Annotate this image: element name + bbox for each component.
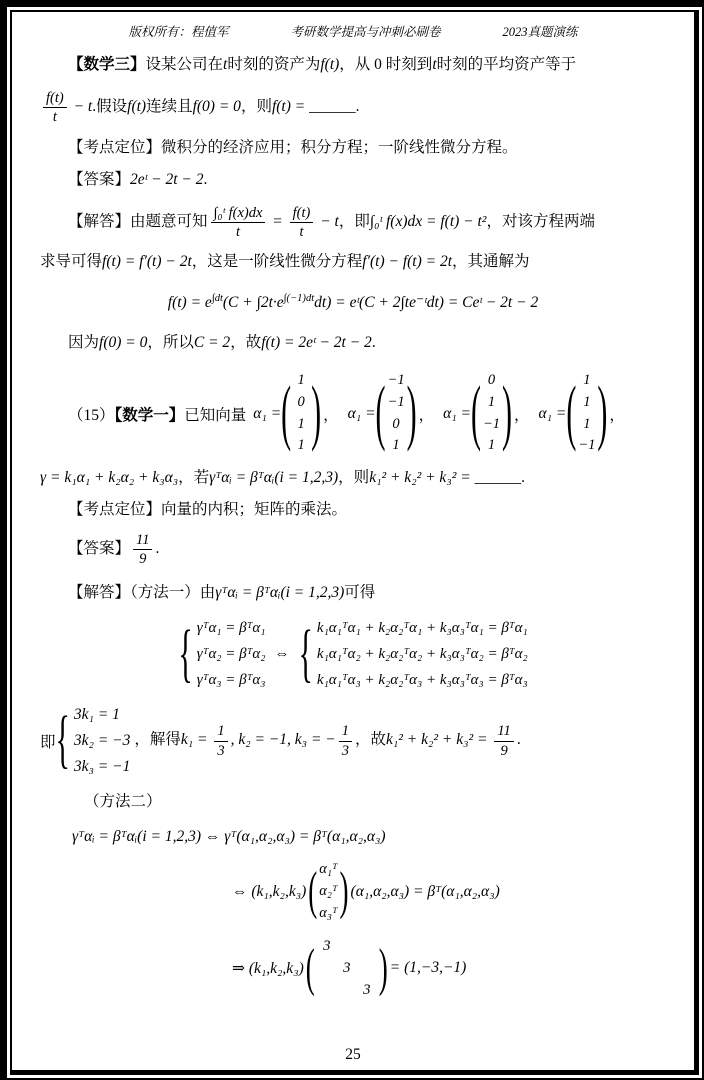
math3-solution-line1: 【解答】由题意可知∫₀ᵗ f(x)dxt = f(t)t − t，即∫₀ᵗ f(… bbox=[40, 204, 666, 241]
header-copyright: 版权所有：程值军 bbox=[128, 22, 228, 40]
matrix-cell: 3 bbox=[323, 938, 331, 955]
system-left-rows: γᵀα₁ = βᵀα₁ γᵀα₂ = βᵀα₂ γᵀα₃ = βᵀα₃ bbox=[197, 616, 266, 693]
header-edition: 2023真题演练 bbox=[503, 22, 578, 40]
ji-system-row: 3k₁ = 1 bbox=[74, 702, 130, 728]
problem15-keypoints: 【考点定位】向量的内积；矩阵的乘法。 bbox=[40, 498, 666, 521]
right-paren: ) bbox=[379, 938, 388, 998]
ji-system-row: 3k₃ = −1 bbox=[74, 754, 130, 780]
matrix-cell: 3 bbox=[363, 982, 371, 999]
vector1-entry: 1 bbox=[298, 370, 305, 392]
method2-line2: ⇔ (k₁,k₂,k₃) ( α₁ᵀ α₂ᵀ α₃ᵀ ) (α₁,α₂,α₃) … bbox=[40, 859, 666, 924]
vector3-entry: −1 bbox=[483, 414, 500, 436]
system-right-row: k₁α₁ᵀα₃ + k₂α₂ᵀα₃ + k₃α₃ᵀα₃ = βᵀα₃ bbox=[317, 668, 528, 694]
system-left-row: γᵀα₃ = βᵀα₃ bbox=[197, 668, 266, 694]
vector1-label: α₁ = bbox=[253, 405, 281, 423]
left-brace: { bbox=[299, 618, 313, 691]
problem15-vectors-line: （15）【数学一】已知向量 α₁ = ( 1 0 1 1 ) ， α₁ = ( … bbox=[40, 370, 666, 457]
iff-symbol: ⇔ bbox=[275, 646, 290, 663]
alpha-transpose-row: α₃ᵀ bbox=[319, 903, 337, 925]
method2-line2-prefix: ⇔ (k₁,k₂,k₃) bbox=[232, 883, 306, 901]
vector-separator: ， bbox=[419, 403, 435, 425]
vector4-entry: −1 bbox=[578, 435, 595, 457]
right-paren: ) bbox=[597, 372, 607, 455]
right-paren: ) bbox=[407, 372, 417, 455]
vector4-entry: 1 bbox=[583, 392, 590, 414]
alpha-transpose-column: ( α₁ᵀ α₂ᵀ α₃ᵀ ) bbox=[308, 859, 348, 924]
diagonal-matrix: ( 3 3 3 ) bbox=[306, 935, 388, 1001]
vector3-label: α₁ = bbox=[443, 405, 471, 423]
vector-separator: ， bbox=[609, 403, 625, 425]
right-paren: ) bbox=[311, 372, 321, 455]
math3-general-solution-equation: f(t) = e∫dt(C + ∫2t·e∫(−1)dtdt) = eᵗ(C +… bbox=[40, 291, 666, 314]
math3-statement-line2: f(t)t − t.假设f(t)连续且f(0) = 0，则f(t) = ____… bbox=[40, 89, 666, 126]
ji-suffix: ，解得k₁ = 13, k₂ = −1, k₃ = −13，故k₁² + k₂²… bbox=[134, 722, 520, 759]
method1-equation-systems: { γᵀα₁ = βᵀα₁ γᵀα₂ = βᵀα₂ γᵀα₃ = βᵀα₃ ⇔ … bbox=[40, 616, 666, 693]
method2-line1: γᵀαᵢ = βᵀαᵢ(i = 1,2,3) ⇔ γᵀ(α₁,α₂,α₃) = … bbox=[40, 825, 666, 848]
problem15-answer: 【答案】119. bbox=[40, 531, 666, 568]
vector2-entry: −1 bbox=[388, 392, 405, 414]
math3-answer: 【答案】2eᵗ − 2t − 2. bbox=[40, 168, 666, 191]
vector3-entry: 0 bbox=[488, 370, 495, 392]
vector2-entry: −1 bbox=[388, 370, 405, 392]
method2-line3-suffix: = (1,−3,−1) bbox=[390, 959, 467, 977]
method2-line3: ⇒ (k₁,k₂,k₃) ( 3 3 3 ) = (1,−3,−1) bbox=[40, 935, 666, 1001]
page-number: 25 bbox=[12, 1046, 694, 1064]
alpha-transpose-row: α₁ᵀ bbox=[319, 859, 337, 881]
ji-system-rows: 3k₁ = 1 3k₂ = −3 3k₃ = −1 bbox=[74, 702, 130, 781]
method2-line3-prefix: ⇒ (k₁,k₂,k₃) bbox=[232, 959, 304, 978]
system-left-row: γᵀα₁ = βᵀα₁ bbox=[197, 616, 266, 642]
ji-prefix: 即 bbox=[40, 730, 56, 752]
vector2: ( −1 −1 0 1 ) bbox=[376, 370, 417, 457]
left-paren: ( bbox=[308, 861, 317, 921]
vector2-label: α₁ = bbox=[348, 405, 376, 423]
method2-label: （方法二） bbox=[40, 790, 666, 813]
vector3-entry: 1 bbox=[488, 435, 495, 457]
vector-separator: ， bbox=[514, 403, 530, 425]
system-left-row: γᵀα₂ = βᵀα₂ bbox=[197, 642, 266, 668]
page-frame: 版权所有：程值军 考研数学提高与冲刺必刷卷 2023真题演练 【数学三】设某公司… bbox=[0, 0, 704, 1080]
vector4: ( 1 1 1 −1 ) bbox=[566, 370, 607, 457]
matrix-cell: 3 bbox=[343, 960, 351, 977]
right-paren: ) bbox=[502, 372, 512, 455]
vector4-entry: 1 bbox=[583, 414, 590, 436]
right-paren: ) bbox=[340, 861, 349, 921]
vector4-entry: 1 bbox=[583, 370, 590, 392]
page-header: 版权所有：程值军 考研数学提高与冲刺必刷卷 2023真题演练 bbox=[40, 22, 666, 40]
header-series-title: 考研数学提高与冲刺必刷卷 bbox=[290, 22, 440, 40]
math3-solution-line2: 求导可得f(t) = f′(t) − 2t，这是一阶线性微分方程f′(t) − … bbox=[40, 250, 666, 273]
ji-system-row: 3k₂ = −3 bbox=[74, 728, 130, 754]
vector1-entry: 1 bbox=[298, 435, 305, 457]
problem15-condition-line: γ = k₁α₁ + k₂α₂ + k₃α₃，若γᵀαᵢ = βᵀαᵢ(i = … bbox=[40, 466, 666, 489]
system-right-rows: k₁α₁ᵀα₁ + k₂α₂ᵀα₁ + k₃α₃ᵀα₁ = βᵀα₁ k₁α₁ᵀ… bbox=[317, 616, 528, 693]
left-paren: ( bbox=[566, 372, 576, 455]
left-paren: ( bbox=[306, 938, 315, 998]
method2-line2-suffix: (α₁,α₂,α₃) = βᵀ(α₁,α₂,α₃) bbox=[351, 883, 500, 901]
ji-solve-line: 即 { 3k₁ = 1 3k₂ = −3 3k₃ = −1 ，解得k₁ = 13… bbox=[40, 702, 666, 781]
math3-keypoints: 【考点定位】微积分的经济应用；积分方程；一阶线性微分方程。 bbox=[40, 136, 666, 159]
alpha-transpose-row: α₂ᵀ bbox=[319, 881, 337, 903]
vector1-entry: 1 bbox=[298, 414, 305, 436]
left-paren: ( bbox=[471, 372, 481, 455]
page-inner-frame: 版权所有：程值军 考研数学提高与冲刺必刷卷 2023真题演练 【数学三】设某公司… bbox=[10, 10, 699, 1075]
left-paren: ( bbox=[376, 372, 386, 455]
problem15-intro: （15）【数学一】已知向量 bbox=[68, 403, 246, 425]
vector-separator: ， bbox=[323, 403, 339, 425]
math3-statement-line1: 【数学三】设某公司在t时刻的资产为f(t)，从 0 时刻到t时刻的平均资产等于 bbox=[40, 53, 666, 76]
vector1-entry: 0 bbox=[298, 392, 305, 414]
vector2-entry: 1 bbox=[392, 435, 399, 457]
vector1: ( 1 0 1 1 ) bbox=[281, 370, 321, 457]
vector3: ( 0 1 −1 1 ) bbox=[471, 370, 512, 457]
vector4-label: α₁ = bbox=[539, 405, 567, 423]
vector2-entry: 0 bbox=[392, 414, 399, 436]
problem15-solution-intro: 【解答】（方法一）由γᵀαᵢ = βᵀαᵢ(i = 1,2,3)可得 bbox=[40, 581, 666, 604]
left-brace: { bbox=[178, 618, 192, 691]
left-paren: ( bbox=[281, 372, 291, 455]
system-right-row: k₁α₁ᵀα₁ + k₂α₂ᵀα₁ + k₃α₃ᵀα₁ = βᵀα₁ bbox=[317, 616, 528, 642]
math3-conclusion: 因为f(0) = 0，所以C = 2，故f(t) = 2eᵗ − 2t − 2. bbox=[40, 331, 666, 354]
vector3-entry: 1 bbox=[488, 392, 495, 414]
system-right-row: k₁α₁ᵀα₂ + k₂α₂ᵀα₂ + k₃α₃ᵀα₂ = βᵀα₂ bbox=[317, 642, 528, 668]
left-brace: { bbox=[56, 705, 70, 778]
